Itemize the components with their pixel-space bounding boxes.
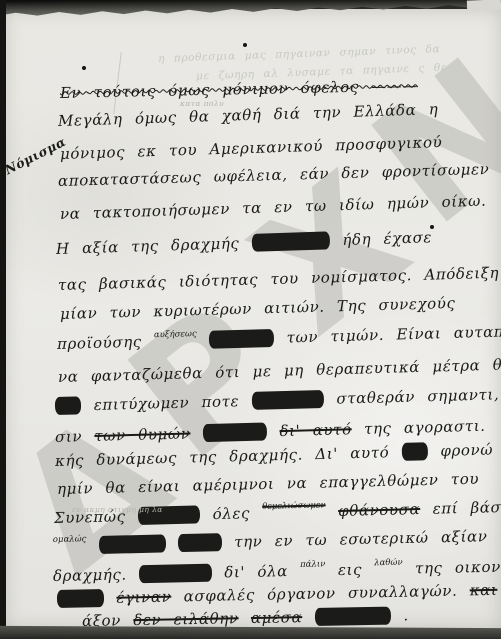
scanned-manuscript-page: ΔΡΧΝ η προθεσμια μας πηγαιναν σημαν τινο… bbox=[0, 0, 501, 639]
word-segment: επιτύχωμεν ποτε bbox=[94, 392, 240, 414]
word-segment: της οικονομίας μας bbox=[415, 556, 501, 578]
ink-dot bbox=[82, 66, 86, 70]
scan-edge-bottom bbox=[0, 626, 501, 639]
faint-pencil-note: εν ακμη στιγμη μη λα bbox=[72, 505, 163, 514]
word-segment: σιν bbox=[55, 427, 83, 446]
blotted-word: οφείλει bbox=[99, 534, 167, 554]
interlinear-word: αυξήσεως bbox=[154, 329, 197, 340]
blotted-word: αξέβαλ bbox=[203, 422, 268, 442]
word-segment: φρονώ bbox=[440, 441, 493, 460]
interlinear-word: ομαλώς bbox=[53, 534, 87, 545]
word-segment: ήδη έχασε bbox=[342, 228, 432, 249]
scan-edge-left bbox=[0, 0, 6, 639]
blotted-word: θα bbox=[401, 442, 428, 461]
blotted-word: ούτω bbox=[57, 589, 104, 608]
strikethrough-word: φθάνουσα bbox=[338, 500, 421, 520]
blotted-word: θα bbox=[55, 396, 82, 415]
word-segment: όλες bbox=[212, 504, 250, 523]
word-segment: δι' όλα bbox=[224, 562, 288, 581]
strikethrough-word: αμέσα bbox=[251, 608, 303, 627]
strikethrough-word: των θυμών bbox=[94, 424, 191, 445]
blotted-word: φημί bbox=[178, 533, 222, 552]
word-segment: . bbox=[403, 606, 409, 624]
word-segment: της αγοραστι. bbox=[364, 417, 486, 438]
ink-dot bbox=[430, 225, 434, 229]
strikethrough-word: έγιναν bbox=[116, 588, 171, 607]
blotted-word: απώλεσε bbox=[251, 231, 330, 251]
scan-corner-highlight bbox=[467, 0, 501, 11]
interlinear-word: πάλιν bbox=[300, 559, 325, 570]
interlinear-word: λαθών bbox=[374, 558, 403, 569]
blotted-word: θέλομεν bbox=[139, 564, 212, 584]
word-segment: προϊούσης bbox=[57, 333, 142, 353]
blotted-word: ανόδου bbox=[209, 329, 275, 349]
ink-dot bbox=[243, 43, 247, 47]
blotted-word: συνεχώς bbox=[314, 607, 391, 626]
strikethrough-word: δι' αυτό bbox=[279, 420, 352, 440]
word-segment: εις bbox=[338, 561, 363, 580]
word-segment: επί βάσεων bbox=[432, 497, 501, 517]
strikethrough-word: και bbox=[470, 581, 498, 600]
blotted-word: ανατίμη bbox=[251, 390, 324, 410]
word-segment: δραχμής. bbox=[53, 565, 127, 585]
interlinear-word: θεμελιώσωμεν bbox=[262, 500, 326, 512]
faint-pencil-note: κατα πολυ bbox=[180, 99, 224, 108]
